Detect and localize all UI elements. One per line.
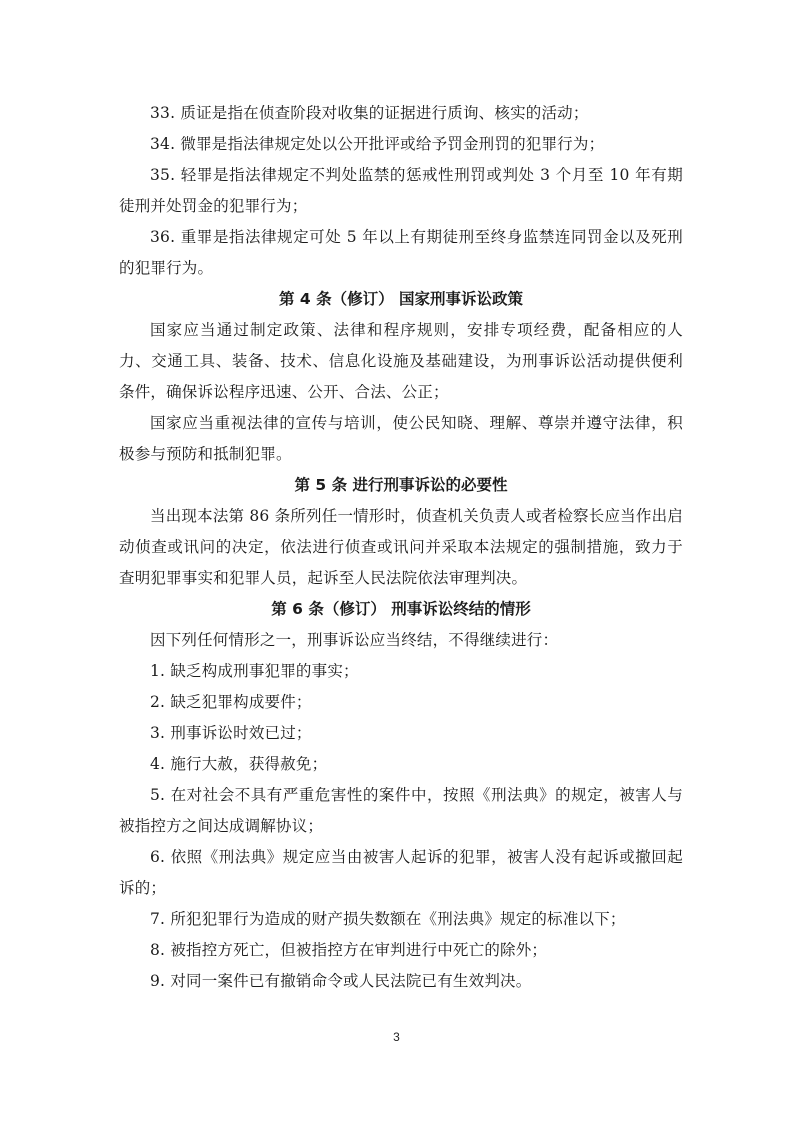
article-4-paragraph: 国家应当重视法律的宣传与培训，使公民知晓、理解、尊崇并遵守法律，积极参与预防和抵… [119, 408, 683, 470]
article-6-item: 9. 对同一案件已有撤销命令或人民法院已有生效判决。 [119, 966, 683, 997]
article-6-item: 3. 刑事诉讼时效已过； [119, 718, 683, 749]
article-4-heading: 第 4 条（修订） 国家刑事诉讼政策 [119, 284, 683, 315]
article-6-item: 4. 施行大赦，获得赦免； [119, 749, 683, 780]
article-6-item: 5. 在对社会不具有严重危害性的案件中，按照《刑法典》的规定，被害人与被指控方之… [119, 780, 683, 842]
page-number: 3 [0, 1030, 793, 1044]
article-6-item: 6. 依照《刑法典》规定应当由被害人起诉的犯罪，被害人没有起诉或撤回起诉的； [119, 842, 683, 904]
article-6-intro: 因下列任何情形之一，刑事诉讼应当终结，不得继续进行： [119, 625, 683, 656]
definition-33: 33. 质证是指在侦查阶段对收集的证据进行质询、核实的活动； [119, 98, 683, 129]
article-5-heading: 第 5 条 进行刑事诉讼的必要性 [119, 470, 683, 501]
article-6-item: 1. 缺乏构成刑事犯罪的事实； [119, 656, 683, 687]
article-6-heading: 第 6 条（修订） 刑事诉讼终结的情形 [119, 594, 683, 625]
article-5-paragraph: 当出现本法第 86 条所列任一情形时，侦查机关负责人或者检察长应当作出启动侦查或… [119, 501, 683, 594]
article-6-item: 7. 所犯犯罪行为造成的财产损失数额在《刑法典》规定的标准以下； [119, 904, 683, 935]
definition-35: 35. 轻罪是指法律规定不判处监禁的惩戒性刑罚或判处 3 个月至 10 年有期徒… [119, 160, 683, 222]
definition-34: 34. 微罪是指法律规定处以公开批评或给予罚金刑罚的犯罪行为； [119, 129, 683, 160]
document-page: 33. 质证是指在侦查阶段对收集的证据进行质询、核实的活动； 34. 微罪是指法… [119, 98, 683, 997]
article-4-paragraph: 国家应当通过制定政策、法律和程序规则，安排专项经费，配备相应的人力、交通工具、装… [119, 315, 683, 408]
definition-36: 36. 重罪是指法律规定可处 5 年以上有期徒刑至终身监禁连同罚金以及死刑的犯罪… [119, 222, 683, 284]
article-6-item: 2. 缺乏犯罪构成要件； [119, 687, 683, 718]
article-6-item: 8. 被指控方死亡，但被指控方在审判进行中死亡的除外； [119, 935, 683, 966]
